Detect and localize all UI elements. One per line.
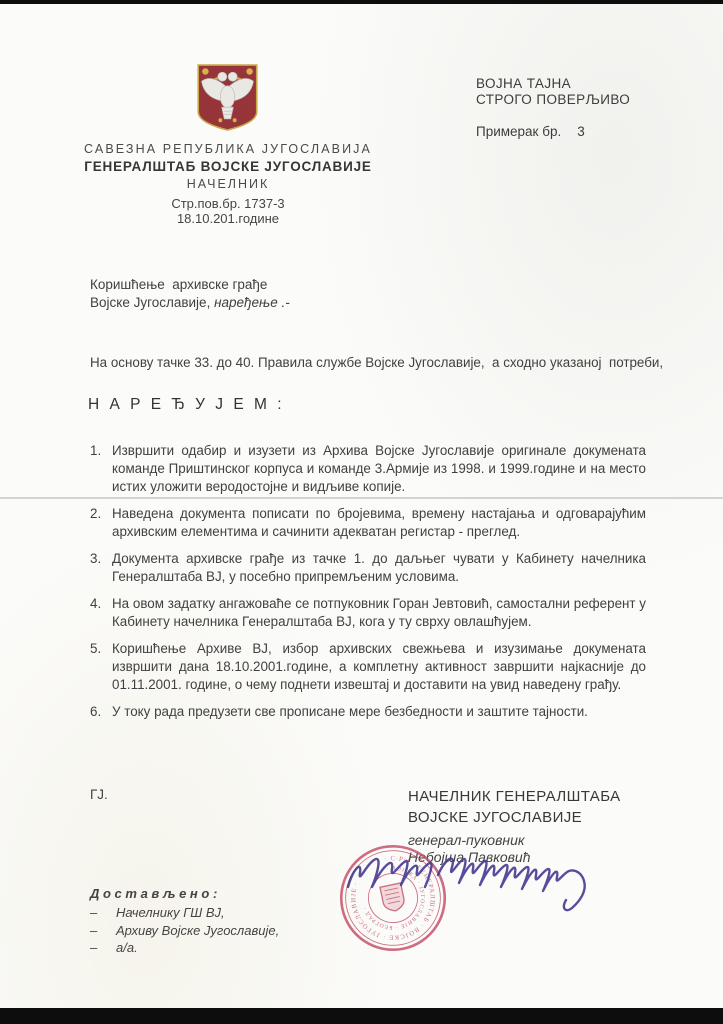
scan-edge-bar-top: [0, 0, 723, 4]
signer-title-line2: ВОЈСКЕ ЈУГОСЛАВИЈЕ: [408, 807, 688, 828]
signer-title-line1: НАЧЕЛНИК ГЕНЕРАЛШТАБА: [408, 786, 688, 807]
document-date: 18.10.201.године: [63, 211, 393, 226]
order-item: 4. На овом задатку ангажоваће се потпуко…: [90, 595, 646, 631]
organization-name: ГЕНЕРАЛШТАБ ВОЈСКЕ ЈУГОСЛАВИЈЕ: [63, 159, 393, 174]
classification-line1: ВОЈНА ТАЈНА: [476, 76, 630, 92]
handwritten-signature: [342, 843, 632, 913]
country-name: САВЕЗНА РЕПУБЛИКА ЈУГОСЛАВИЈА: [63, 142, 393, 156]
subject-line2: Војске Југославије, наређење .-: [90, 294, 290, 312]
order-item: 1. Извршити одабир и изузети из Архива В…: [90, 442, 646, 496]
order-items-list: 1. Извршити одабир и изузети из Архива В…: [90, 442, 646, 730]
order-item: 2. Наведена документа пописати по бројев…: [90, 505, 646, 541]
order-heading: Н А Р Е Ђ У Ј Е М :: [88, 396, 285, 414]
coat-of-arms-icon: [195, 63, 260, 132]
copy-number: 3: [577, 124, 585, 139]
intro-paragraph: На основу тачке 33. до 40. Правила служб…: [90, 355, 663, 370]
reference-block: Стр.пов.бр. 1737-3 18.10.201.године: [63, 196, 393, 226]
scanned-document-page: САВЕЗНА РЕПУБЛИКА ЈУГОСЛАВИЈА ГЕНЕРАЛШТА…: [0, 0, 723, 1024]
classification-block: ВОЈНА ТАЈНА СТРОГО ПОВЕРЉИВО: [476, 76, 630, 108]
classification-line2: СТРОГО ПОВЕРЉИВО: [476, 92, 630, 108]
order-item: 5. Коришћење Архиве ВЈ, избор архивских …: [90, 640, 646, 694]
distribution-item: –а/а.: [90, 939, 279, 957]
copy-label: Примерак бр.: [476, 124, 561, 139]
distribution-item: –Начелнику ГШ ВЈ,: [90, 904, 279, 922]
distribution-item: –Архиву Војске Југославије,: [90, 922, 279, 940]
drafter-initials: ГЈ.: [90, 787, 108, 802]
order-item: 6. У току рада предузети све прописане м…: [90, 703, 646, 721]
subject-block: Коришћење архивске грађе Војске Југослав…: [90, 276, 290, 311]
subject-line1: Коришћење архивске грађе: [90, 276, 290, 294]
reference-number: Стр.пов.бр. 1737-3: [63, 196, 393, 211]
distribution-block: Д о с т а в љ е н о : –Начелнику ГШ ВЈ, …: [90, 886, 279, 957]
scan-edge-bar-bottom: [0, 1008, 723, 1024]
order-item: 3. Документа архивске грађе из тачке 1. …: [90, 550, 646, 586]
copy-number-line: Примерак бр.3: [476, 124, 585, 139]
letterhead: САВЕЗНА РЕПУБЛИКА ЈУГОСЛАВИЈА ГЕНЕРАЛШТА…: [63, 142, 393, 191]
distribution-heading: Д о с т а в љ е н о :: [90, 886, 279, 901]
office-name: НАЧЕЛНИК: [63, 177, 393, 191]
